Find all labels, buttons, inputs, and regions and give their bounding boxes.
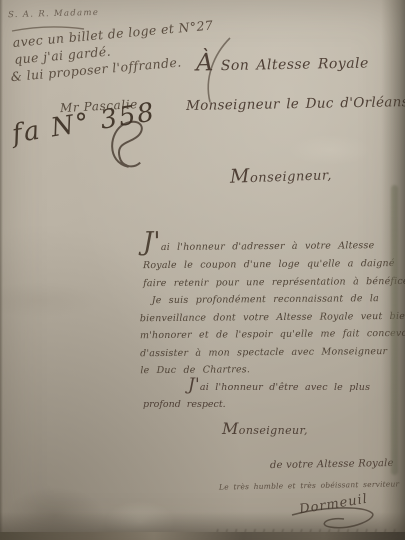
body-paragraph-1: J'ai l'honneur d'adresser à votre Altess… (143, 237, 405, 293)
valediction-line-2: Le très humble et très obéissant servite… (219, 479, 399, 491)
body-paragraph-2: Je suis profondément reconnaissant de la… (140, 290, 405, 380)
page-edge-right (381, 0, 405, 540)
page-bottom-shadow (0, 512, 405, 534)
body-line: Royale le coupon d'une loge qu'elle a da… (143, 255, 405, 275)
letter-photo: S. A. R. Madame avec un billet de loge e… (0, 0, 405, 540)
body-line: Je suis profondément reconnaissant de la (152, 290, 405, 310)
body-line: J'ai l'honneur d'adresser à votre Altess… (143, 237, 405, 257)
closing-salutation: Monseigneur, (222, 424, 308, 437)
body-line: le Duc de Chartres. (140, 360, 405, 380)
header-note: S. A. R. Madame (8, 8, 99, 20)
closing-line-1: J'ai l'honneur d'être avec le plus (188, 382, 370, 393)
address-line-2: Monseigneur le Duc d'Orléans. (186, 94, 405, 114)
page-edge-bottom (0, 532, 405, 540)
page-edge-left (0, 0, 3, 540)
valediction-line-1: de votre Altesse Royale (270, 458, 394, 471)
body-line: bienveillance dont votre Altesse Royale … (140, 307, 405, 327)
closing-line-2: profond respect. (143, 399, 226, 410)
salutation: Monseigneur, (230, 168, 332, 187)
registry-flourish (93, 109, 159, 175)
address-line-1: À Son Altesse Royale (196, 55, 369, 74)
body-line: d'assister à mon spectacle avec Monseign… (140, 342, 405, 362)
body-line: m'honorer et de l'espoir qu'elle me fait… (140, 325, 405, 345)
